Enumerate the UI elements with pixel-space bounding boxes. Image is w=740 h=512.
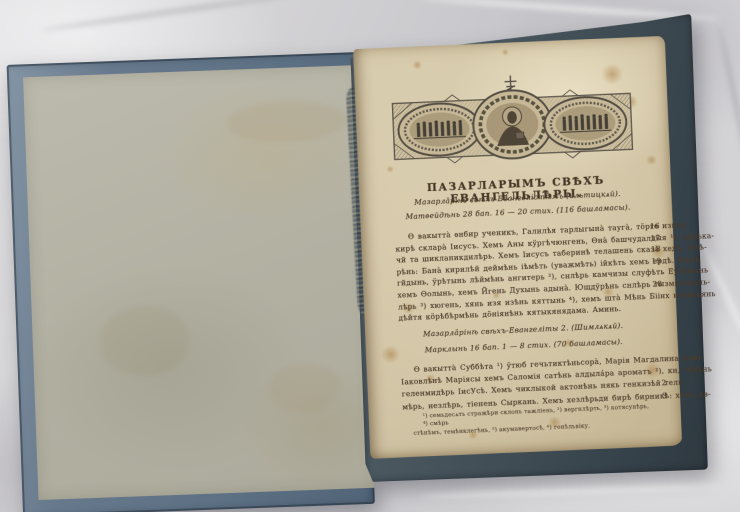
- paper-stain: [269, 362, 341, 415]
- verse-number: 3: [662, 390, 667, 402]
- fabric-fold: [717, 24, 740, 221]
- foxing-spot: [501, 49, 509, 56]
- paper-stain: [99, 304, 192, 377]
- open-book: ПАЗАРЛАРЫМЪ СВѢХЪ ЕВАНГЕЛЬЛѢРЫ. Мазарлӓр…: [2, 13, 725, 509]
- book-page: ПАЗАРЛАРЫМЪ СВѢХЪ ЕВАНГЕЛЬЛѢРЫ. Мазарлӓр…: [353, 36, 682, 459]
- fabric-fold: [41, 0, 299, 32]
- verse-number: 19: [651, 255, 661, 267]
- foxing-spot: [412, 60, 423, 69]
- verse-number: 18: [651, 243, 661, 255]
- foxing-spot: [646, 154, 657, 165]
- front-cover-inside: [7, 52, 375, 512]
- paper-stain: [226, 99, 347, 143]
- verse-number: 2: [661, 377, 666, 389]
- verse-number: 16: [650, 220, 660, 232]
- section-2-reference: Марклынь 16 бап. 1 — 8 стих. (70 башлама…: [396, 336, 652, 356]
- headpiece-engraving: [383, 67, 641, 174]
- verse-number: 17: [650, 232, 660, 244]
- gospel-paragraph-matthew: Ѳ вакыттà ѳнбир ученикъ, Галилѣя тарлыгы…: [395, 221, 647, 324]
- photo-background: ПАЗАРЛАРЫМЪ СВѢХЪ ЕВАНГЕЛЬЛѢРЫ. Мазарлӓр…: [0, 0, 740, 512]
- verse-number: 20: [652, 278, 662, 290]
- pastedown-paper: [23, 65, 374, 500]
